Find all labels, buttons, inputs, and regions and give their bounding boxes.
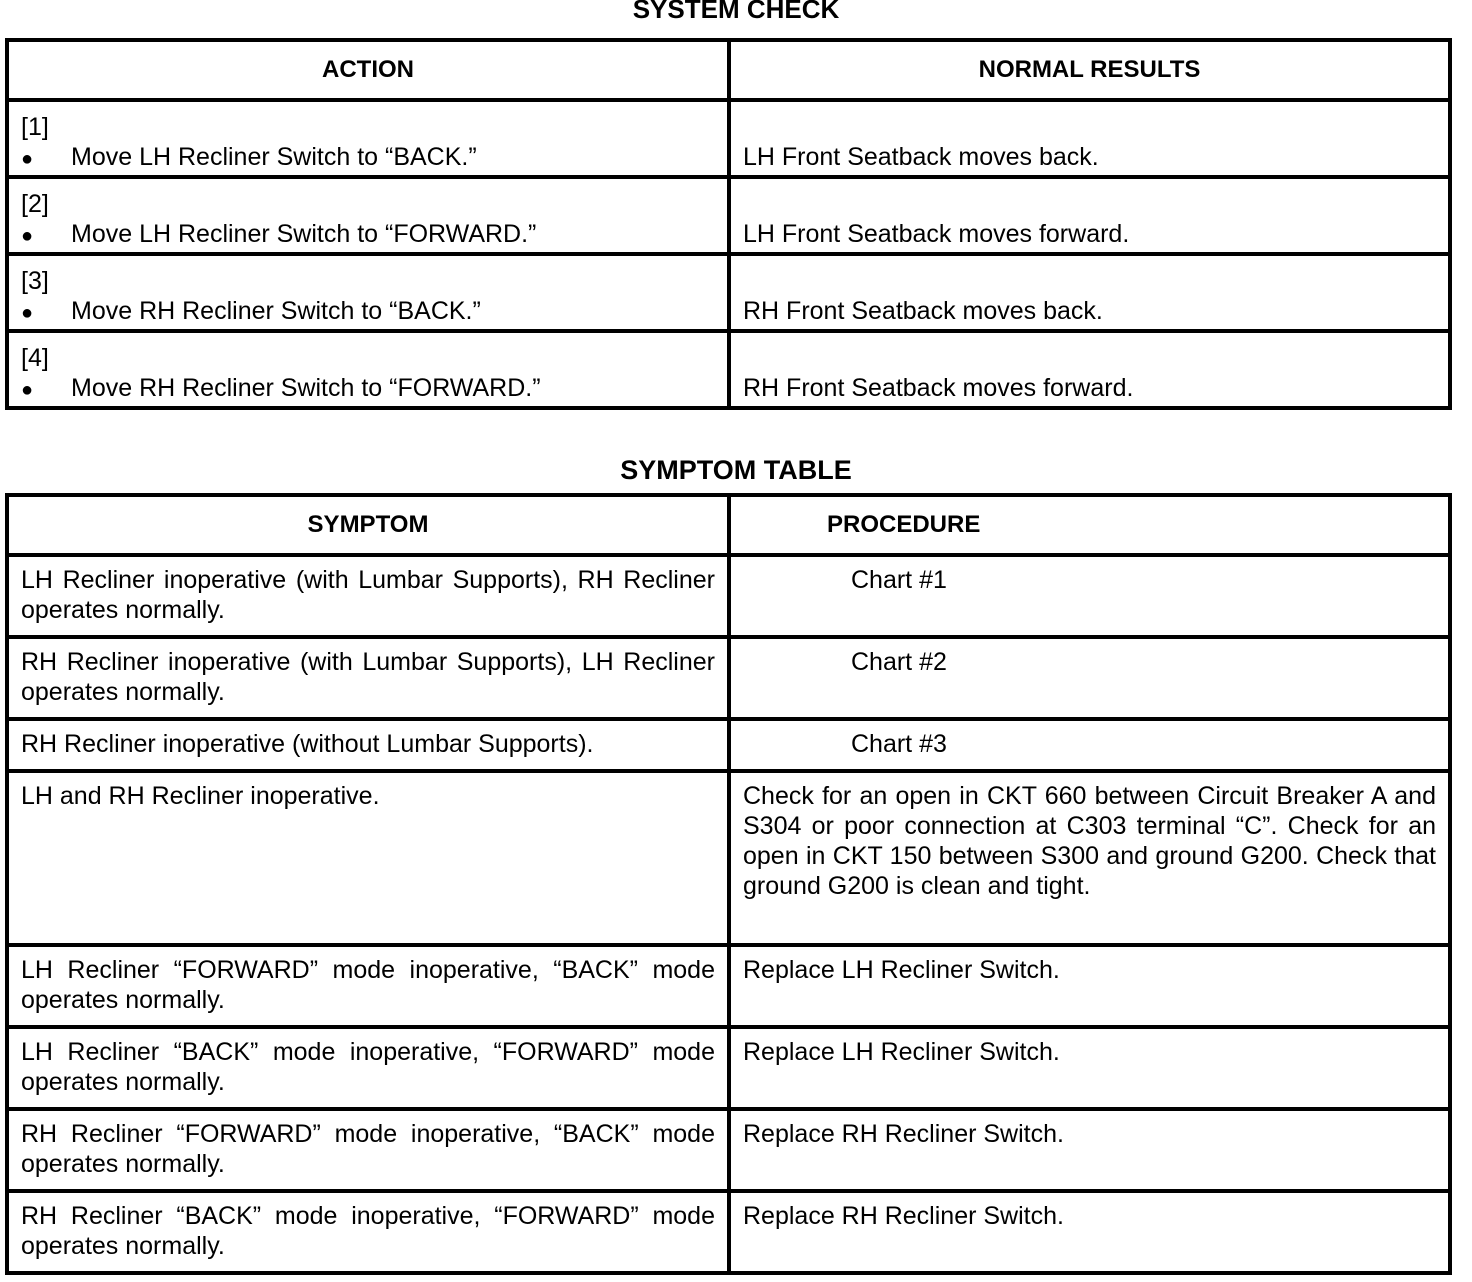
symptom-cell: RH Recliner inoperative (without Lumbar … (7, 719, 729, 771)
result-cell: RH Front Seatback moves back. (729, 254, 1450, 331)
result-cell: LH Front Seatback moves back. (729, 100, 1450, 177)
procedure-header: PROCEDURE (729, 495, 1450, 555)
table-row: [4] ●Move RH Recliner Switch to “FORWARD… (7, 331, 1450, 408)
bullet-icon: ● (21, 298, 71, 328)
table-row: LH Recliner inoperative (with Lumbar Sup… (7, 555, 1450, 637)
table-row: RH Recliner inoperative (without Lumbar … (7, 719, 1450, 771)
table-row: LH Recliner “BACK” mode inoperative, “FO… (7, 1027, 1450, 1109)
symptom-table-title: SYMPTOM TABLE (0, 455, 1472, 486)
step-number: [4] (21, 343, 727, 373)
procedure-cell: Replace RH Recliner Switch. (729, 1191, 1450, 1273)
normal-results-header: NORMAL RESULTS (729, 40, 1450, 100)
action-cell: [1] ●Move LH Recliner Switch to “BACK.” (7, 100, 729, 177)
procedure-cell: Check for an open in CKT 660 between Cir… (729, 771, 1450, 945)
action-text: Move RH Recliner Switch to “FORWARD.” (71, 374, 541, 402)
table-row: [3] ●Move RH Recliner Switch to “BACK.” … (7, 254, 1450, 331)
action-header: ACTION (7, 40, 729, 100)
step-number: [3] (21, 266, 727, 296)
action-text: Move LH Recliner Switch to “FORWARD.” (71, 220, 536, 248)
procedure-cell: Chart #2 (729, 637, 1450, 719)
table-header-row: SYMPTOM PROCEDURE (7, 495, 1450, 555)
table-row: RH Recliner inoperative (with Lumbar Sup… (7, 637, 1450, 719)
table-row: [1] ●Move LH Recliner Switch to “BACK.” … (7, 100, 1450, 177)
symptom-table: SYMPTOM PROCEDURE LH Recliner inoperativ… (5, 493, 1452, 1275)
bullet-icon: ● (21, 144, 71, 174)
procedure-cell: Replace LH Recliner Switch. (729, 945, 1450, 1027)
symptom-cell: LH and RH Recliner inoperative. (7, 771, 729, 945)
bullet-icon: ● (21, 221, 71, 251)
symptom-cell: RH Recliner “FORWARD” mode inoperative, … (7, 1109, 729, 1191)
procedure-cell: Chart #1 (729, 555, 1450, 637)
procedure-cell: Chart #3 (729, 719, 1450, 771)
result-cell: LH Front Seatback moves forward. (729, 177, 1450, 254)
result-cell: RH Front Seatback moves forward. (729, 331, 1450, 408)
procedure-cell: Replace RH Recliner Switch. (729, 1109, 1450, 1191)
table-row: RH Recliner “FORWARD” mode inoperative, … (7, 1109, 1450, 1191)
table-row: [2] ●Move LH Recliner Switch to “FORWARD… (7, 177, 1450, 254)
table-row: LH and RH Recliner inoperative. Check fo… (7, 771, 1450, 945)
symptom-cell: LH Recliner inoperative (with Lumbar Sup… (7, 555, 729, 637)
action-cell: [3] ●Move RH Recliner Switch to “BACK.” (7, 254, 729, 331)
bullet-icon: ● (21, 375, 71, 405)
table-row: RH Recliner “BACK” mode inoperative, “FO… (7, 1191, 1450, 1273)
table-row: LH Recliner “FORWARD” mode inoperative, … (7, 945, 1450, 1027)
action-cell: [4] ●Move RH Recliner Switch to “FORWARD… (7, 331, 729, 408)
step-number: [2] (21, 189, 727, 219)
action-text: Move LH Recliner Switch to “BACK.” (71, 143, 477, 171)
table-header-row: ACTION NORMAL RESULTS (7, 40, 1450, 100)
action-cell: [2] ●Move LH Recliner Switch to “FORWARD… (7, 177, 729, 254)
symptom-cell: LH Recliner “FORWARD” mode inoperative, … (7, 945, 729, 1027)
symptom-cell: LH Recliner “BACK” mode inoperative, “FO… (7, 1027, 729, 1109)
system-check-title: SYSTEM CHECK (0, 0, 1472, 25)
symptom-header: SYMPTOM (7, 495, 729, 555)
action-text: Move RH Recliner Switch to “BACK.” (71, 297, 481, 325)
procedure-cell: Replace LH Recliner Switch. (729, 1027, 1450, 1109)
system-check-table: ACTION NORMAL RESULTS [1] ●Move LH Recli… (5, 38, 1452, 410)
step-number: [1] (21, 112, 727, 142)
symptom-cell: RH Recliner “BACK” mode inoperative, “FO… (7, 1191, 729, 1273)
symptom-cell: RH Recliner inoperative (with Lumbar Sup… (7, 637, 729, 719)
